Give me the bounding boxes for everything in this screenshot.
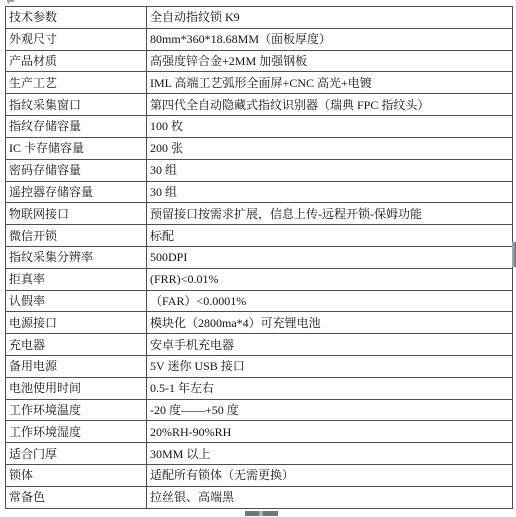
table-row: IC 卡存储容量 200 张 (6, 137, 513, 159)
spec-value-cell: （FAR）<0.0001% (147, 290, 513, 312)
spec-value-cell: 30MM 以上 (147, 443, 513, 465)
horizontal-scrollbar-thumb[interactable] (245, 511, 278, 516)
table-row: 备用电源 5V 迷你 USB 接口 (6, 356, 513, 378)
table-row: 充电器 安卓手机充电器 (6, 334, 513, 356)
spec-value-cell: 模块化（2800ma*4）可充锂电池 (147, 312, 513, 334)
spec-label-cell: 遥控器存储容量 (6, 181, 147, 203)
table-row: 外观尺寸 80mm*360*18.68MM（面板厚度） (6, 28, 513, 50)
spec-value-cell: 全自动指纹锁 K9 (147, 7, 513, 29)
table-row: 工作环境温度 -20 度——+50 度 (6, 399, 513, 421)
spec-label-cell: 产品材质 (6, 50, 147, 72)
spec-value-cell: IML 高端工艺弧形全面屏+CNC 高光+电镀 (147, 72, 513, 94)
spec-value-cell: 30 组 (147, 159, 513, 181)
spec-table-body: 技术参数 全自动指纹锁 K9 外观尺寸 80mm*360*18.68MM（面板厚… (6, 7, 513, 509)
table-row: 工作环境湿度 20%RH-90%RH (6, 421, 513, 443)
spec-value-cell: 安卓手机充电器 (147, 334, 513, 356)
spec-value-cell: -20 度——+50 度 (147, 399, 513, 421)
table-row: 遥控器存储容量 30 组 (6, 181, 513, 203)
spec-label-cell: 工作环境湿度 (6, 421, 147, 443)
table-row: 电池使用时间 0.5-1 年左右 (6, 377, 513, 399)
spec-label-cell: 指纹存储容量 (6, 116, 147, 138)
spec-label-cell: 密码存储容量 (6, 159, 147, 181)
spec-value-cell: 200 张 (147, 137, 513, 159)
spec-value-cell: 20%RH-90%RH (147, 421, 513, 443)
spec-value-cell: (FRR)<0.01% (147, 268, 513, 290)
spec-value-cell: 第四代全自动隐藏式指纹识别器（瑞典 FPC 指纹头） (147, 94, 513, 116)
table-row: 电源接口 模块化（2800ma*4）可充锂电池 (6, 312, 513, 334)
spec-label-cell: 备用电源 (6, 356, 147, 378)
spec-label-cell: 拒真率 (6, 268, 147, 290)
table-row: 微信开锁 标配 (6, 225, 513, 247)
table-row: 指纹采集分辨率 500DPI (6, 246, 513, 268)
spec-label-cell: 指纹采集窗口 (6, 94, 147, 116)
table-row: 物联网接口 预留接口按需求扩展，信息上传-远程开锁-保姆功能 (6, 203, 513, 225)
spec-label-cell: 认假率 (6, 290, 147, 312)
spec-label-cell: 工作环境温度 (6, 399, 147, 421)
spec-value-cell: 适配所有锁体（无需更换） (147, 465, 513, 487)
spec-label-cell: 电源接口 (6, 312, 147, 334)
spec-value-cell: 80mm*360*18.68MM（面板厚度） (147, 28, 513, 50)
spec-value-cell: 标配 (147, 225, 513, 247)
spec-label-cell: IC 卡存储容量 (6, 137, 147, 159)
spec-label-cell: 指纹采集分辨率 (6, 246, 147, 268)
spec-value-cell: 100 枚 (147, 116, 513, 138)
table-row: 指纹采集窗口 第四代全自动隐藏式指纹识别器（瑞典 FPC 指纹头） (6, 94, 513, 116)
table-row: 锁体 适配所有锁体（无需更换） (6, 465, 513, 487)
table-row: 指纹存储容量 100 枚 (6, 116, 513, 138)
table-row: 技术参数 全自动指纹锁 K9 (6, 7, 513, 29)
spec-table: 技术参数 全自动指纹锁 K9 外观尺寸 80mm*360*18.68MM（面板厚… (5, 6, 513, 509)
spec-value-cell: 5V 迷你 USB 接口 (147, 356, 513, 378)
table-row: 产品材质 高强度锌合金+2MM 加强钢板 (6, 50, 513, 72)
table-row: 密码存储容量 30 组 (6, 159, 513, 181)
spec-label-cell: 外观尺寸 (6, 28, 147, 50)
spec-label-cell: 电池使用时间 (6, 377, 147, 399)
table-row: 拒真率 (FRR)<0.01% (6, 268, 513, 290)
vertical-scrollbar-thumb[interactable] (512, 242, 516, 267)
spec-label-cell: 锁体 (6, 465, 147, 487)
spec-value-cell: 拉丝银、高端黑 (147, 486, 513, 508)
spec-value-cell: 高强度锌合金+2MM 加强钢板 (147, 50, 513, 72)
spec-value-cell: 30 组 (147, 181, 513, 203)
spec-label-cell: 技术参数 (6, 7, 147, 29)
table-move-handle-artifact (7, 0, 14, 2)
table-row: 适合门厚 30MM 以上 (6, 443, 513, 465)
spec-label-cell: 微信开锁 (6, 225, 147, 247)
spec-label-cell: 物联网接口 (6, 203, 147, 225)
spec-value-cell: 0.5-1 年左右 (147, 377, 513, 399)
spec-label-cell: 常备色 (6, 486, 147, 508)
spec-value-cell: 500DPI (147, 246, 513, 268)
spec-label-cell: 适合门厚 (6, 443, 147, 465)
spec-label-cell: 充电器 (6, 334, 147, 356)
spec-value-cell: 预留接口按需求扩展，信息上传-远程开锁-保姆功能 (147, 203, 513, 225)
table-row: 常备色 拉丝银、高端黑 (6, 486, 513, 508)
table-row: 认假率 （FAR）<0.0001% (6, 290, 513, 312)
spec-label-cell: 生产工艺 (6, 72, 147, 94)
table-row: 生产工艺 IML 高端工艺弧形全面屏+CNC 高光+电镀 (6, 72, 513, 94)
